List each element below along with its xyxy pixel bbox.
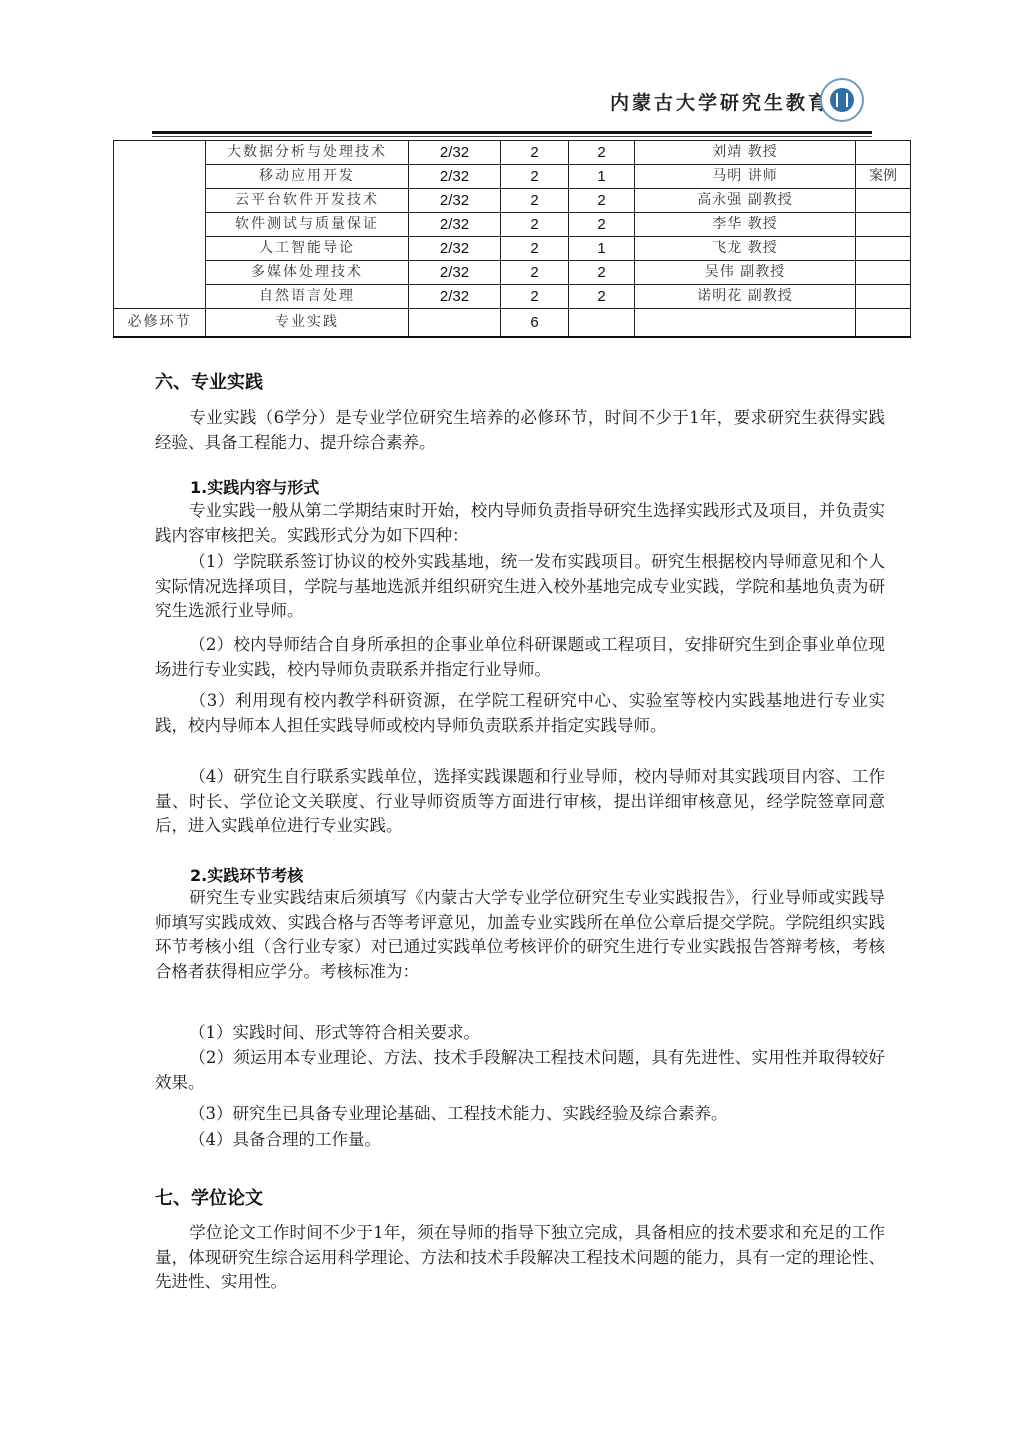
- note-cell: [856, 141, 911, 165]
- semester-cell: 1: [569, 165, 635, 189]
- teacher-cell: 刘靖 教授: [635, 141, 856, 165]
- paragraph-text: 研究生专业实践结束后须填写《内蒙古大学专业学位研究生专业实践报告》，行业导师或实…: [155, 888, 885, 981]
- paragraph-text: （3）研究生已具备专业理论基础、工程技术能力、实践经验及综合素养。: [189, 1104, 728, 1123]
- category-cell: [114, 141, 206, 309]
- note-cell: [856, 261, 911, 285]
- list-item: （2）校内导师结合自身所承担的企事业单位科研课题或工程项目，安排研究生到企事业单…: [155, 633, 885, 682]
- credits-cell: 2: [501, 141, 569, 165]
- semester-cell: 2: [569, 189, 635, 213]
- course-name: 多媒体处理技术: [206, 261, 409, 285]
- list-item: （4）具备合理的工作量。: [155, 1128, 885, 1153]
- paragraph-text: （2）校内导师结合自身所承担的企事业单位科研课题或工程项目，安排研究生到企事业单…: [155, 635, 885, 679]
- course-name: 人工智能导论: [206, 237, 409, 261]
- hours-cell: 2/32: [409, 261, 501, 285]
- semester-cell: 2: [569, 141, 635, 165]
- course-name: 自然语言处理: [206, 285, 409, 309]
- table-row: 人工智能导论 2/32 2 1 飞龙 教授: [114, 237, 911, 261]
- paragraph: 学位论文工作时间不少于1年，须在导师的指导下独立完成，具备相应的技术要求和充足的…: [155, 1221, 885, 1295]
- course-name: 大数据分析与处理技术: [206, 141, 409, 165]
- paragraph-text: （1）学院联系签订协议的校外实践基地，统一发布实践项目。研究生根据校内导师意见和…: [155, 552, 885, 620]
- credits-cell: 2: [501, 213, 569, 237]
- table-row: 大数据分析与处理技术 2/32 2 2 刘靖 教授: [114, 141, 911, 165]
- credits-cell: 6: [501, 309, 569, 338]
- header-rule: [152, 131, 872, 134]
- paragraph-text: 学位论文工作时间不少于1年，须在导师的指导下独立完成，具备相应的技术要求和充足的…: [155, 1223, 885, 1291]
- note-cell: [856, 285, 911, 309]
- table-row: 移动应用开发 2/32 2 1 马明 讲师 案例: [114, 165, 911, 189]
- table-row: 必修环节 专业实践 6: [114, 309, 911, 338]
- paragraph: 研究生专业实践结束后须填写《内蒙古大学专业学位研究生专业实践报告》，行业导师或实…: [155, 886, 885, 984]
- hours-cell: 2/32: [409, 285, 501, 309]
- note-cell: [856, 237, 911, 261]
- university-seal-icon: [820, 78, 864, 122]
- paragraph-text: （1）实践时间、形式等符合相关要求。: [189, 1023, 480, 1042]
- table-row: 多媒体处理技术 2/32 2 2 吴伟 副教授: [114, 261, 911, 285]
- course-table: 大数据分析与处理技术 2/32 2 2 刘靖 教授 移动应用开发 2/32 2 …: [113, 140, 911, 338]
- hours-cell: [409, 309, 501, 338]
- category-cell: 必修环节: [114, 309, 206, 338]
- teacher-cell: 李华 教授: [635, 213, 856, 237]
- hours-cell: 2/32: [409, 165, 501, 189]
- list-item: （3）利用现有校内教学科研资源，在学院工程研究中心、实验室等校内实践基地进行专业…: [155, 689, 885, 738]
- subsection-heading: 2.实践环节考核: [190, 863, 303, 886]
- paragraph-text: （4）具备合理的工作量。: [189, 1130, 381, 1149]
- credits-cell: 2: [501, 285, 569, 309]
- note-cell: 案例: [856, 165, 911, 189]
- table-row: 自然语言处理 2/32 2 2 诺明花 副教授: [114, 285, 911, 309]
- credits-cell: 2: [501, 261, 569, 285]
- hours-cell: 2/32: [409, 237, 501, 261]
- page-header-title: 内蒙古大学研究生教育: [610, 88, 830, 115]
- hours-cell: 2/32: [409, 141, 501, 165]
- subsection-heading: 1.实践内容与形式: [190, 475, 319, 498]
- table-row: 软件测试与质量保证 2/32 2 2 李华 教授: [114, 213, 911, 237]
- section-heading: 七、学位论文: [155, 1184, 263, 1210]
- paragraph: 专业实践（6学分）是专业学位研究生培养的必修环节，时间不少于1年，要求研究生获得…: [155, 406, 885, 455]
- semester-cell: 2: [569, 261, 635, 285]
- list-item: （1）学院联系签订协议的校外实践基地，统一发布实践项目。研究生根据校内导师意见和…: [155, 550, 885, 624]
- list-item: （2）须运用本专业理论、方法、技术手段解决工程技术问题，具有先进性、实用性并取得…: [155, 1046, 885, 1095]
- note-cell: [856, 189, 911, 213]
- teacher-cell: 高永强 副教授: [635, 189, 856, 213]
- course-name: 专业实践: [206, 309, 409, 338]
- course-name: 移动应用开发: [206, 165, 409, 189]
- semester-cell: 1: [569, 237, 635, 261]
- semester-cell: 2: [569, 285, 635, 309]
- note-cell: [856, 213, 911, 237]
- note-cell: [856, 309, 911, 338]
- section-heading: 六、专业实践: [155, 368, 263, 394]
- credits-cell: 2: [501, 165, 569, 189]
- teacher-cell: 吴伟 副教授: [635, 261, 856, 285]
- semester-cell: 2: [569, 213, 635, 237]
- paragraph-text: （3）利用现有校内教学科研资源，在学院工程研究中心、实验室等校内实践基地进行专业…: [155, 691, 885, 735]
- course-name: 软件测试与质量保证: [206, 213, 409, 237]
- paragraph-text: （2）须运用本专业理论、方法、技术手段解决工程技术问题，具有先进性、实用性并取得…: [155, 1048, 885, 1092]
- paragraph-text: （4）研究生自行联系实践单位，选择实践课题和行业导师，校内导师对其实践项目内容、…: [155, 767, 885, 835]
- semester-cell: [569, 309, 635, 338]
- teacher-cell: 诺明花 副教授: [635, 285, 856, 309]
- hours-cell: 2/32: [409, 213, 501, 237]
- list-item: （1）实践时间、形式等符合相关要求。: [155, 1021, 885, 1046]
- course-name: 云平台软件开发技术: [206, 189, 409, 213]
- credits-cell: 2: [501, 237, 569, 261]
- header-rule-thin: [152, 136, 872, 137]
- paragraph: 专业实践一般从第二学期结束时开始，校内导师负责指导研究生选择实践形式及项目，并负…: [155, 499, 885, 548]
- hours-cell: 2/32: [409, 189, 501, 213]
- paragraph-text: 专业实践一般从第二学期结束时开始，校内导师负责指导研究生选择实践形式及项目，并负…: [155, 501, 885, 545]
- teacher-cell: 飞龙 教授: [635, 237, 856, 261]
- list-item: （3）研究生已具备专业理论基础、工程技术能力、实践经验及综合素养。: [155, 1102, 885, 1127]
- paragraph-text: 专业实践（6学分）是专业学位研究生培养的必修环节，时间不少于1年，要求研究生获得…: [155, 408, 885, 452]
- credits-cell: 2: [501, 189, 569, 213]
- teacher-cell: [635, 309, 856, 338]
- list-item: （4）研究生自行联系实践单位，选择实践课题和行业导师，校内导师对其实践项目内容、…: [155, 765, 885, 839]
- teacher-cell: 马明 讲师: [635, 165, 856, 189]
- table-row: 云平台软件开发技术 2/32 2 2 高永强 副教授: [114, 189, 911, 213]
